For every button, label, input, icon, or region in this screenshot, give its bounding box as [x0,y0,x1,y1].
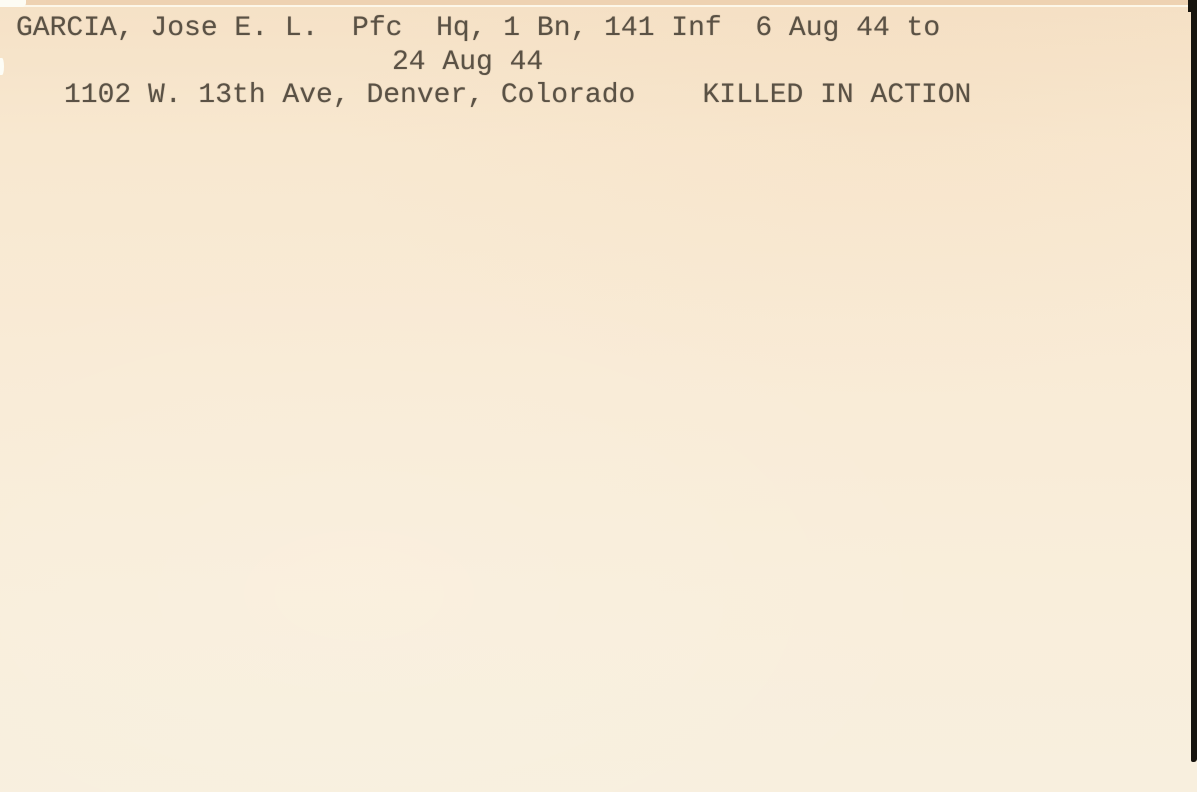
scan-corner-artifact [0,0,26,7]
card-line-name-rank-unit-dates: GARCIA, Jose E. L. Pfc Hq, 1 Bn, 141 Inf… [16,15,940,43]
scanned-index-card: GARCIA, Jose E. L. Pfc Hq, 1 Bn, 141 Inf… [0,0,1197,792]
scan-edge-right-shadow [1191,0,1197,762]
scan-edge-top-highlight [0,5,1197,7]
card-line-address-status: 1102 W. 13th Ave, Denver, Colorado KILLE… [64,82,971,110]
scan-left-notch-artifact [0,58,4,75]
card-line-end-date: 24 Aug 44 [392,49,543,77]
